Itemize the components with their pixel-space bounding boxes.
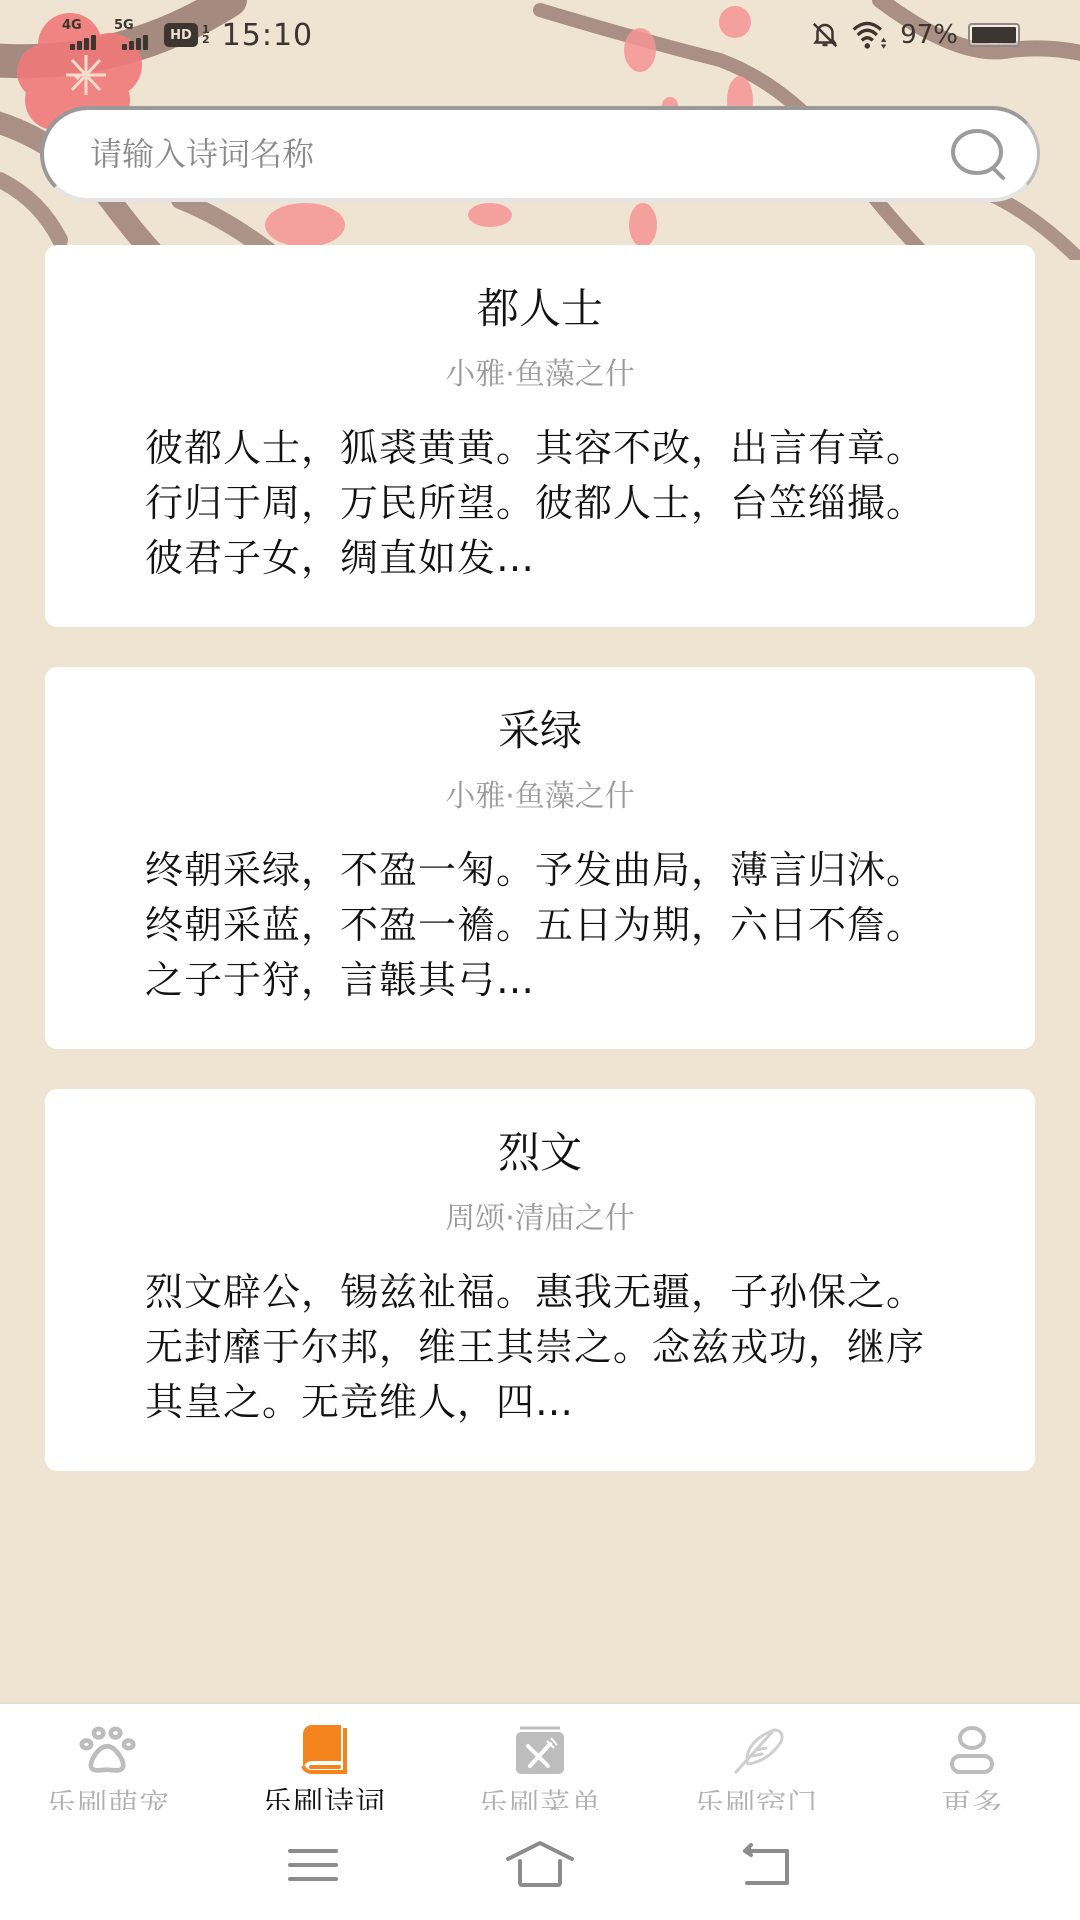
wifi-icon [850,20,890,50]
status-left: 4G 5G HD 1 2 15:10 [60,18,313,53]
hd-sub-bottom: 2 [202,35,210,45]
search-input[interactable] [90,135,949,173]
home-icon [504,1841,576,1889]
poem-excerpt: 终朝采绿，不盈一匊。予发曲局，薄言归沐。终朝采蓝，不盈一襜。五日为期，六日不詹。… [145,843,935,1008]
poem-source: 小雅·鱼藻之什 [45,775,1035,819]
search-icon[interactable] [949,124,1009,184]
bottom-tab-bar: 乐刷萌宠 乐刷诗词 [0,1702,1080,1810]
poem-title: 烈文 [45,1123,1035,1183]
system-nav-bar [0,1810,1080,1920]
book-icon [294,1724,354,1774]
battery-percent: 97% [900,20,958,50]
poem-card[interactable]: 都人士 小雅·鱼藻之什 彼都人士，狐裘黄黄。其容不改，出言有章。行归于周，万民所… [45,245,1035,627]
status-bar: 4G 5G HD 1 2 15:10 [0,0,1080,70]
poem-title: 都人士 [45,279,1035,339]
tab-poetry[interactable]: 乐刷诗词 [216,1704,432,1810]
back-button[interactable] [727,1835,807,1895]
menu-lines-icon [286,1845,340,1885]
poem-card[interactable]: 烈文 周颂·清庙之什 烈文辟公，锡兹祉福。惠我无疆，子孙保之。无封靡于尔邦，维王… [45,1089,1035,1471]
back-icon [739,1841,795,1889]
network-label-5g: 5G [114,18,134,33]
hd-voice-icon: HD [164,23,198,47]
bell-muted-icon [810,20,840,50]
battery-icon [968,23,1020,47]
poem-excerpt: 彼都人士，狐裘黄黄。其容不改，出言有章。行归于周，万民所望。彼都人士，台笠缁撮。… [145,421,935,586]
signal-4g-icon: 4G [60,18,102,52]
poem-source: 周颂·清庙之什 [45,1197,1035,1241]
hd-sim-indicator: 1 2 [202,25,210,45]
poem-card[interactable]: 采绿 小雅·鱼藻之什 终朝采绿，不盈一匊。予发曲局，薄言归沐。终朝采蓝，不盈一襜… [45,667,1035,1049]
tab-tips[interactable]: 乐刷窍门 [648,1704,864,1810]
home-button[interactable] [500,1835,580,1895]
app-screen: 4G 5G HD 1 2 15:10 [0,0,1080,1920]
person-icon [942,1724,1002,1776]
recent-apps-button[interactable] [273,1835,353,1895]
clock: 15:10 [222,18,313,53]
network-label-4g: 4G [62,18,82,33]
feather-icon [726,1724,786,1776]
status-right: 97% [810,20,1020,50]
search-bar [40,106,1040,202]
tab-more[interactable]: 更多 [864,1704,1080,1810]
tab-menu[interactable]: 乐刷菜单 [432,1704,648,1810]
poem-source: 小雅·鱼藻之什 [45,353,1035,397]
poem-title: 采绿 [45,701,1035,761]
signal-5g-icon: 5G [112,18,154,52]
poem-excerpt: 烈文辟公，锡兹祉福。惠我无疆，子孙保之。无封靡于尔邦，维王其崇之。念兹戎功，继序… [145,1265,935,1430]
tab-pets[interactable]: 乐刷萌宠 [0,1704,216,1810]
menu-utensils-icon [510,1724,570,1776]
paw-icon [78,1724,138,1776]
